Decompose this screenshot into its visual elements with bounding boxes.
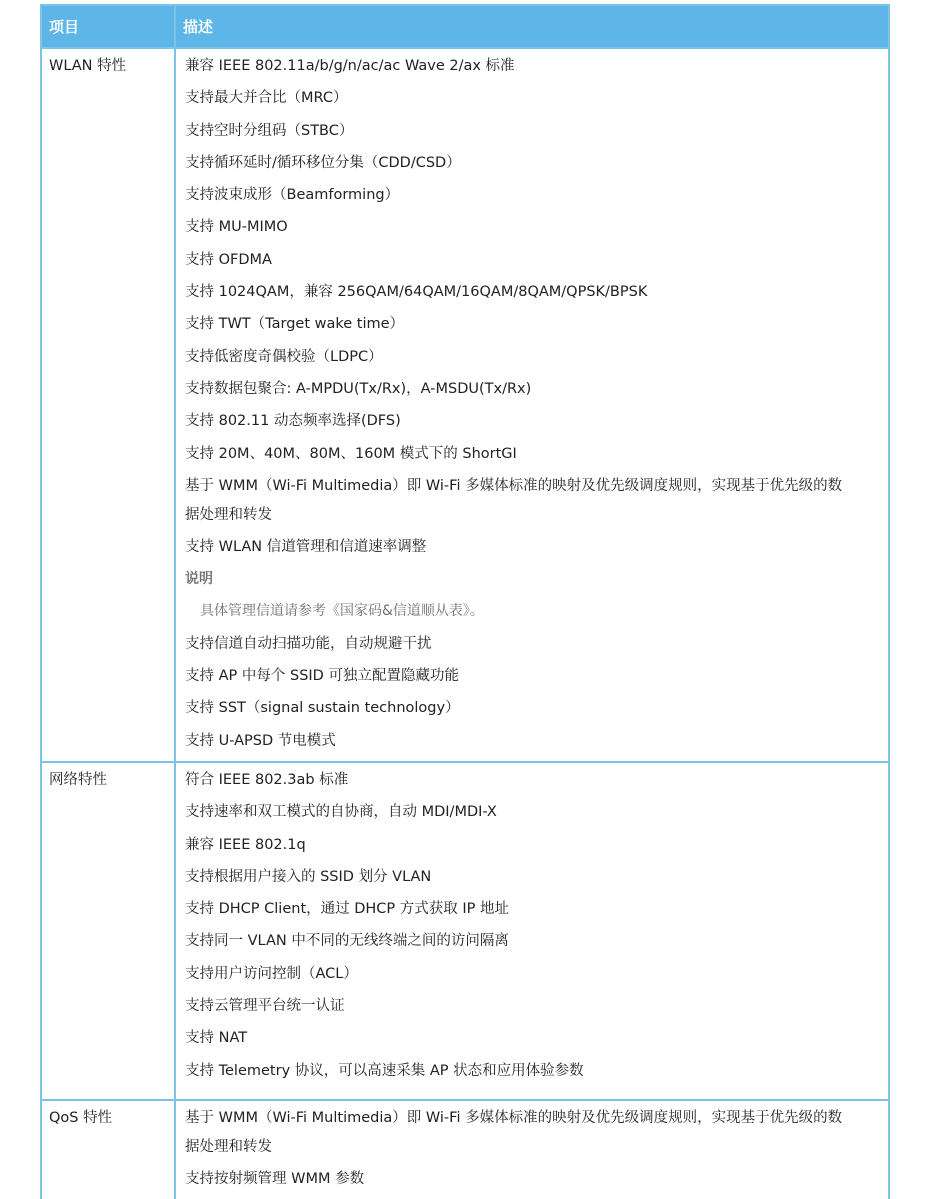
feature-line: 支持循环延时/循环移位分集（CDD/CSD） [185, 147, 878, 179]
feature-line: 支持 SST（signal sustain technology） [185, 692, 878, 724]
feature-line: 支持同一 VLAN 中不同的无线终端之间的访问隔离 [185, 925, 878, 957]
item-cell: 网络特性 [41, 762, 175, 1100]
feature-line: 支持根据用户接入的 SSID 划分 VLAN [185, 861, 878, 893]
header-item: 项目 [41, 5, 175, 48]
table-row-network: 网络特性 符合 IEEE 802.3ab 标准 支持速率和双工模式的自协商，自动… [41, 762, 889, 1100]
feature-line: 兼容 IEEE 802.11a/b/g/n/ac/ac Wave 2/ax 标准 [185, 50, 878, 82]
feature-line: 支持 DHCP Client，通过 DHCP 方式获取 IP 地址 [185, 893, 878, 925]
feature-line-continued: 据处理和转发 [185, 502, 878, 531]
feature-line: 支持 AP 中每个 SSID 可独立配置隐藏功能 [185, 660, 878, 692]
table-header-row: 项目 描述 [41, 5, 889, 48]
feature-line: 支持 MU-MIMO [185, 211, 878, 243]
feature-line: 支持速率和双工模式的自协商，自动 MDI/MDI-X [185, 796, 878, 828]
feature-line: 支持数据包聚合: A-MPDU(Tx/Rx)，A-MSDU(Tx/Rx) [185, 373, 878, 405]
feature-line: 兼容 IEEE 802.1q [185, 829, 878, 861]
feature-line: 支持空时分组码（STBC） [185, 115, 878, 147]
spec-table: 项目 描述 WLAN 特性 兼容 IEEE 802.11a/b/g/n/ac/a… [40, 4, 890, 1199]
feature-line: 支持 OFDMA [185, 244, 878, 276]
header-description: 描述 [175, 5, 889, 48]
feature-line: 支持用户访问控制（ACL） [185, 958, 878, 990]
feature-line: 支持云管理平台统一认证 [185, 990, 878, 1022]
feature-line: 支持 20M、40M、80M、160M 模式下的 ShortGI [185, 438, 878, 470]
feature-line: 支持 NAT [185, 1022, 878, 1054]
description-cell: 兼容 IEEE 802.11a/b/g/n/ac/ac Wave 2/ax 标准… [175, 48, 889, 762]
feature-line: 支持 U-APSD 节电模式 [185, 725, 878, 757]
feature-line: 支持 TWT（Target wake time） [185, 308, 878, 340]
feature-line: 基于 WMM（Wi-Fi Multimedia）即 Wi-Fi 多媒体标准的映射… [185, 470, 878, 502]
feature-line: 支持按射频管理 WMM 参数 [185, 1163, 878, 1195]
description-cell: 符合 IEEE 802.3ab 标准 支持速率和双工模式的自协商，自动 MDI/… [175, 762, 889, 1100]
feature-line: 支持 WLAN 信道管理和信道速率调整 [185, 531, 878, 563]
table-row-wlan: WLAN 特性 兼容 IEEE 802.11a/b/g/n/ac/ac Wave… [41, 48, 889, 762]
item-cell: WLAN 特性 [41, 48, 175, 762]
feature-line: 符合 IEEE 802.3ab 标准 [185, 764, 878, 796]
item-cell: QoS 特性 [41, 1100, 175, 1199]
feature-line: 基于 WMM（Wi-Fi Multimedia）即 Wi-Fi 多媒体标准的映射… [185, 1102, 878, 1134]
note-title: 说明 [185, 563, 878, 595]
feature-line: 支持最大并合比（MRC） [185, 82, 878, 114]
feature-line: 支持低密度奇偶校验（LDPC） [185, 341, 878, 373]
description-cell: 基于 WMM（Wi-Fi Multimedia）即 Wi-Fi 多媒体标准的映射… [175, 1100, 889, 1199]
feature-line-continued: 据处理和转发 [185, 1134, 878, 1163]
feature-line: 支持 1024QAM，兼容 256QAM/64QAM/16QAM/8QAM/QP… [185, 276, 878, 308]
feature-line: 支持 Telemetry 协议，可以高速采集 AP 状态和应用体验参数 [185, 1055, 878, 1087]
table-row-qos: QoS 特性 基于 WMM（Wi-Fi Multimedia）即 Wi-Fi 多… [41, 1100, 889, 1199]
note-body: 具体管理信道请参考《国家码&信道顺从表》。 [185, 595, 878, 627]
feature-line: 支持波束成形（Beamforming） [185, 179, 878, 211]
feature-line: 支持信道自动扫描功能，自动规避干扰 [185, 628, 878, 660]
feature-line: 支持 802.11 动态频率选择(DFS) [185, 405, 878, 437]
